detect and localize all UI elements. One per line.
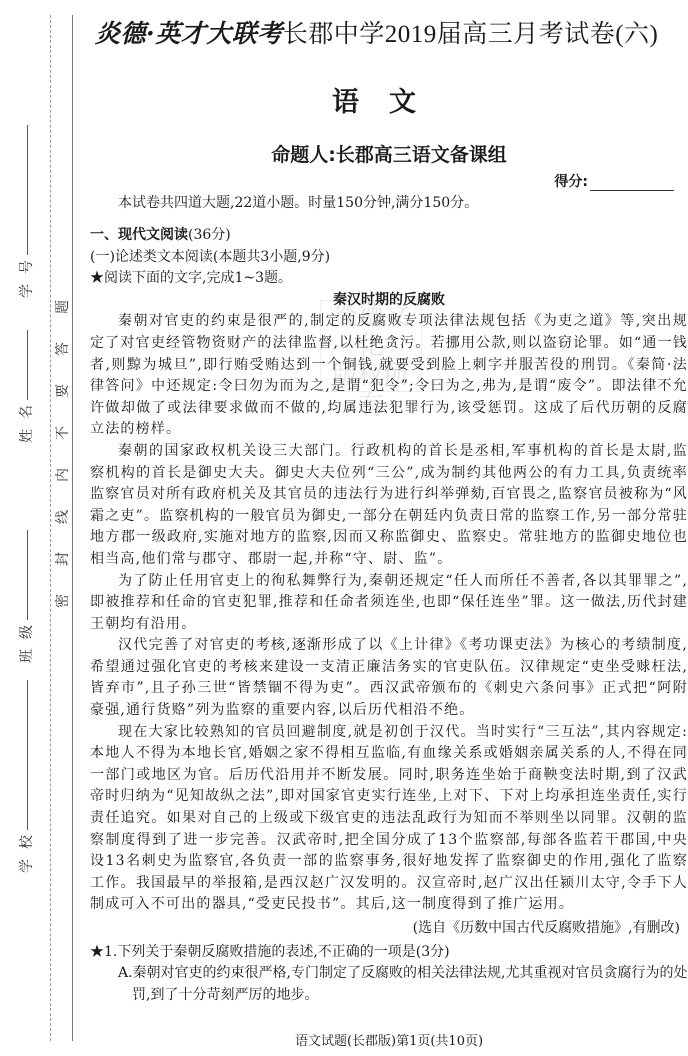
binding-margin: 号 学 名 姓 级 班 校 学 密 封 线 内 不 要 答 题 bbox=[0, 0, 95, 1056]
brand-name: 炎德·英才大联考 bbox=[95, 19, 283, 48]
page-footer: 语文试题(长郡版)第1页(共10页) bbox=[90, 1030, 688, 1049]
score-label: 得分: bbox=[554, 171, 588, 191]
seal-char: 不 bbox=[56, 426, 70, 440]
seal-char: 答 bbox=[56, 342, 70, 356]
score-field[interactable]: 得分: bbox=[554, 171, 674, 191]
class-blank[interactable] bbox=[27, 530, 28, 620]
question-option-a: A.秦朝对官吏的约束很严格,专门制定了反腐败的相关法律法规,尤其重视对官员贪腐行… bbox=[104, 963, 688, 1006]
subject-title: 语文 bbox=[90, 80, 688, 119]
class-label-2: 级 bbox=[19, 625, 35, 639]
seal-char: 内 bbox=[56, 468, 70, 482]
class-field[interactable]: 级 班 bbox=[18, 530, 36, 668]
article-paragraph: 秦朝的国家政权机关设三大部门。行政机构的首长是丞相,军事机构的首长是太尉,监察机… bbox=[90, 441, 688, 571]
seal-char: 封 bbox=[56, 552, 70, 566]
student-id-field[interactable]: 号 学 bbox=[18, 125, 36, 303]
exam-title: 长郡中学2019届高三月考试卷(六) bbox=[283, 21, 659, 48]
article-source: (选自《历数中国古代反腐败措施》,有删改) bbox=[90, 918, 688, 940]
question-stem: ★1.下列关于秦朝反腐败措施的表述,不正确的一项是(3分) bbox=[90, 942, 688, 964]
article-title: 秦汉时期的反腐败 bbox=[90, 290, 688, 312]
score-blank[interactable] bbox=[590, 175, 674, 191]
exam-header: 炎德·英才大联考长郡中学2019届高三月考试卷(六) bbox=[95, 14, 658, 50]
student-id-label-2: 号 bbox=[19, 260, 35, 274]
section-points: (36分) bbox=[188, 227, 231, 243]
class-label-1: 班 bbox=[19, 649, 35, 663]
section-title: 一、现代文阅读 bbox=[90, 227, 188, 243]
article-paragraph: 秦朝对官吏的约束是很严的,制定的反腐败专项法律法规包括《为吏之道》等,突出规定了… bbox=[90, 311, 688, 441]
seal-char: 密 bbox=[56, 594, 70, 608]
section-heading: 一、现代文阅读(36分) bbox=[90, 225, 688, 247]
name-label-2: 名 bbox=[19, 405, 35, 419]
name-blank[interactable] bbox=[27, 330, 28, 400]
seal-char: 要 bbox=[56, 384, 70, 398]
author-line: 命题人:长郡高三语文备课组 bbox=[90, 140, 688, 167]
cut-line-dashed bbox=[50, 15, 51, 1041]
article-paragraph: 为了防止任用官吏上的徇私舞弊行为,秦朝还规定“任人而所任不善者,各以其罪罪之”,… bbox=[90, 571, 688, 636]
name-field[interactable]: 名 姓 bbox=[18, 330, 36, 448]
student-id-label-1: 学 bbox=[19, 284, 35, 298]
article-paragraph: 现在大家比较熟知的官员回避制度,就是初创于汉代。当时实行“三互法”,其内容规定:… bbox=[90, 722, 688, 916]
sub-section-heading: (一)论述类文本阅读(本题共3小题,9分) bbox=[90, 247, 688, 269]
seal-char: 题 bbox=[56, 300, 70, 314]
school-blank[interactable] bbox=[27, 680, 28, 830]
name-label-1: 姓 bbox=[19, 429, 35, 443]
school-label-1: 学 bbox=[19, 859, 35, 873]
exam-body: 一、现代文阅读(36分) (一)论述类文本阅读(本题共3小题,9分) ★阅读下面… bbox=[90, 225, 688, 1006]
school-label-2: 校 bbox=[19, 835, 35, 849]
exam-intro: 本试卷共四道大题,22道小题。时量150分钟,满分150分。 bbox=[118, 192, 478, 212]
seal-char: 线 bbox=[56, 510, 70, 524]
seal-notice: 密 封 线 内 不 要 答 题 bbox=[56, 300, 70, 608]
school-field[interactable]: 校 学 bbox=[18, 680, 36, 878]
reading-instruction: ★阅读下面的文字,完成1~3题。 bbox=[90, 268, 688, 290]
binding-line bbox=[72, 15, 73, 1041]
article-paragraph: 汉代完善了对官吏的考核,逐渐形成了以《上计律》《考功课吏法》为核心的考绩制度,希… bbox=[90, 635, 688, 721]
student-id-blank[interactable] bbox=[27, 125, 28, 255]
